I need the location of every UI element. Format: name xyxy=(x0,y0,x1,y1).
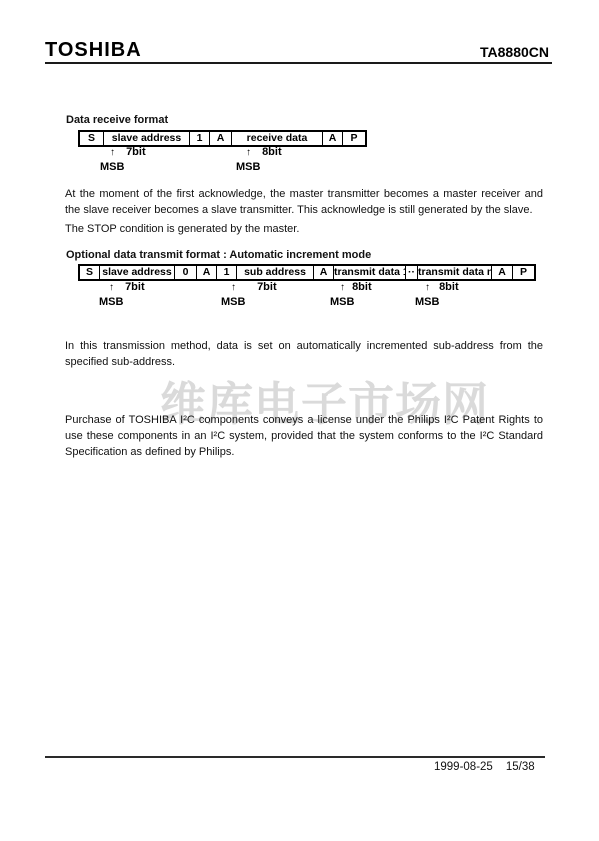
receive-format-table: S slave address 1 A receive data A P xyxy=(78,130,367,147)
table-cell-ack: A xyxy=(492,266,513,279)
table-cell-ack: A xyxy=(314,266,334,279)
footer: 1999-08-25 15/38 xyxy=(434,761,535,773)
bit-count-label: 7bit xyxy=(126,146,146,158)
msb-label: MSB xyxy=(99,296,145,308)
part-number: TA8880CN xyxy=(480,44,549,60)
table-cell-ack: A xyxy=(197,266,217,279)
table-cell-transmit-data-1: transmit data 1 xyxy=(334,266,406,279)
table-cell-stop: P xyxy=(343,132,365,145)
table-cell-start: S xyxy=(80,132,104,145)
receive-format-title: Data receive format xyxy=(66,114,168,126)
up-arrow-icon: ↑ xyxy=(231,282,236,293)
table-cell-transmit-data-n: transmit data n xyxy=(418,266,492,279)
bit-annotation: ↑ 7bit MSB xyxy=(100,146,146,173)
bit-count-label: 7bit xyxy=(257,281,277,293)
table-cell-one-bit: 1 xyxy=(217,266,237,279)
table-cell-ack: A xyxy=(323,132,343,145)
up-arrow-icon: ↑ xyxy=(425,282,430,293)
table-cell-stop: P xyxy=(513,266,534,279)
bit-count-label: 8bit xyxy=(262,146,282,158)
paragraph-acknowledge: At the moment of the first acknowledge, … xyxy=(65,186,543,218)
transmit-format-title: Optional data transmit format : Automati… xyxy=(66,249,371,261)
msb-label: MSB xyxy=(236,161,282,173)
msb-label: MSB xyxy=(221,296,277,308)
footer-date: 1999-08-25 xyxy=(434,761,493,773)
footer-rule xyxy=(45,756,545,758)
table-cell-receive-data: receive data xyxy=(232,132,323,145)
msb-label: MSB xyxy=(330,296,372,308)
table-cell-slave-address: slave address xyxy=(104,132,190,145)
bit-count-label: 7bit xyxy=(125,281,145,293)
table-cell-sub-address: sub address xyxy=(237,266,314,279)
paragraph-transmission-method: In this transmission method, data is set… xyxy=(65,338,543,370)
bit-annotation: ↑ 7bit MSB xyxy=(99,281,145,308)
up-arrow-icon: ↑ xyxy=(109,282,114,293)
msb-label: MSB xyxy=(100,161,146,173)
table-cell-ellipsis: ·· xyxy=(406,266,418,279)
transmit-format-table: S slave address 0 A 1 sub address A tran… xyxy=(78,264,536,281)
table-cell-rw-bit: 0 xyxy=(175,266,197,279)
up-arrow-icon: ↑ xyxy=(246,147,251,158)
table-cell-ack: A xyxy=(210,132,232,145)
datasheet-page: TOSHIBA TA8880CN Data receive format S s… xyxy=(0,0,599,841)
paragraph-stop-condition: The STOP condition is generated by the m… xyxy=(65,221,543,237)
table-cell-rw-bit: 1 xyxy=(190,132,210,145)
table-cell-slave-address: slave address xyxy=(100,266,175,279)
bit-annotation: ↑ 8bit MSB xyxy=(415,281,459,308)
bit-annotation: ↑ 8bit MSB xyxy=(236,146,282,173)
up-arrow-icon: ↑ xyxy=(340,282,345,293)
msb-label: MSB xyxy=(415,296,459,308)
bit-count-label: 8bit xyxy=(352,281,372,293)
up-arrow-icon: ↑ xyxy=(110,147,115,158)
bit-annotation: ↑ 7bit MSB xyxy=(221,281,277,308)
paragraph-i2c-license: Purchase of TOSHIBA I²C components conve… xyxy=(65,412,543,460)
table-cell-start: S xyxy=(80,266,100,279)
bit-annotation: ↑ 8bit MSB xyxy=(330,281,372,308)
bit-count-label: 8bit xyxy=(439,281,459,293)
header-rule xyxy=(45,62,552,64)
toshiba-logo: TOSHIBA xyxy=(45,39,142,62)
footer-page-number: 15/38 xyxy=(506,761,535,773)
